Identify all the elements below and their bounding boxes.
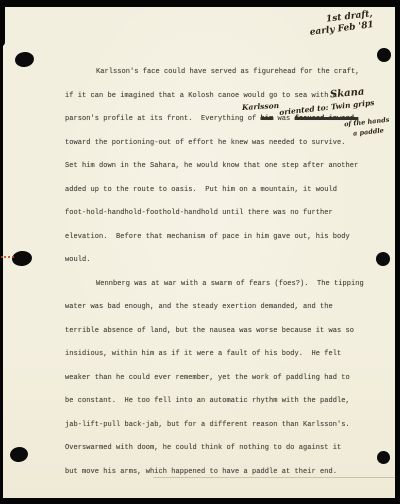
typed-text-segment: be constant. He too fell into an automat… — [65, 397, 350, 405]
typed-text-segment: jab-lift-pull back-jab, but for a differ… — [65, 421, 350, 429]
typed-line: terrible absence of land, but the nausea… — [65, 320, 395, 344]
typed-line: water was bad enough, and the steady exe… — [65, 296, 395, 320]
scan-edge-bottom — [0, 498, 400, 504]
typed-line: would. — [65, 249, 395, 273]
paper-sheet: Karlsson's face could have served as fig… — [3, 7, 395, 498]
typed-text-segment: weaker than he could ever remember, yet … — [65, 374, 350, 382]
typed-text-segment: elevation. Before that mechanism of pace… — [65, 233, 350, 241]
typed-text-segment: Set him down in the Sahara, he would kno… — [65, 162, 358, 170]
typed-line: Karlsson's face could have served as fig… — [65, 61, 395, 85]
typed-text-segment: parson's profile at its front. Everythin… — [65, 115, 261, 123]
scan-corner-shadow — [0, 7, 5, 47]
typed-text-segment: Wennberg was at war with a swarm of fear… — [96, 280, 364, 288]
typed-text-segment: Karlsson's face could have served as fig… — [96, 68, 360, 76]
typed-line: jab-lift-pull back-jab, but for a differ… — [65, 414, 395, 438]
typed-text-segment: toward the portioning-out of effort he k… — [65, 139, 346, 147]
typed-line: toward the portioning-out of effort he k… — [65, 132, 395, 156]
red-pencil-mark — [1, 256, 14, 258]
typed-line: but move his arms, which happened to hav… — [65, 461, 395, 485]
handwritten-corner-note: 1st draft, early Feb '81 — [307, 9, 374, 39]
paper-crease-line — [153, 477, 396, 478]
scanned-manuscript-page: { "document": { "kind": "typewritten man… — [0, 0, 400, 504]
typed-line: added up to the route to oasis. Put him … — [65, 179, 395, 203]
scan-edge-left — [0, 0, 3, 504]
typed-text-segment: foot-hold-handhold-foothold-handhold unt… — [65, 209, 333, 217]
typed-line: Set him down in the Sahara, he would kno… — [65, 155, 395, 179]
punch-hole-right-middle — [376, 252, 390, 266]
typed-line: Wennberg was at war with a swarm of fear… — [65, 273, 395, 297]
typed-text-segment: added up to the route to oasis. Put him … — [65, 186, 337, 194]
typed-line: Overswarmed with doom, he could think of… — [65, 437, 395, 461]
typed-line: elevation. Before that mechanism of pace… — [65, 226, 395, 250]
typed-text-segment: terrible absence of land, but the nausea… — [65, 327, 354, 335]
typed-line: foot-hold-handhold-foothold-handhold unt… — [65, 202, 395, 226]
punch-hole-right-bottom — [377, 451, 390, 464]
typed-text-segment: but move his arms, which happened to hav… — [65, 468, 337, 476]
scan-edge-right — [395, 0, 400, 504]
handwritten-karlsson-insert: Karlsson — [242, 101, 280, 112]
typed-text-segment: Overswarmed with doom, he could think of… — [65, 444, 341, 452]
typed-text-segment: if it can be imagined that a Kolosh cano… — [65, 92, 337, 100]
typed-text-segment: insidious, within him as if it were a fa… — [65, 350, 341, 358]
scan-edge-top — [0, 0, 400, 7]
struck-text: him — [261, 115, 274, 123]
typed-line: insidious, within him as if it were a fa… — [65, 343, 395, 367]
punch-hole-right-top — [377, 48, 391, 62]
typed-line: be constant. He too fell into an automat… — [65, 390, 395, 414]
typed-text-segment: water was bad enough, and the steady exe… — [65, 303, 333, 311]
typed-text-segment: would. — [65, 256, 91, 264]
typed-line: weaker than he could ever remember, yet … — [65, 367, 395, 391]
